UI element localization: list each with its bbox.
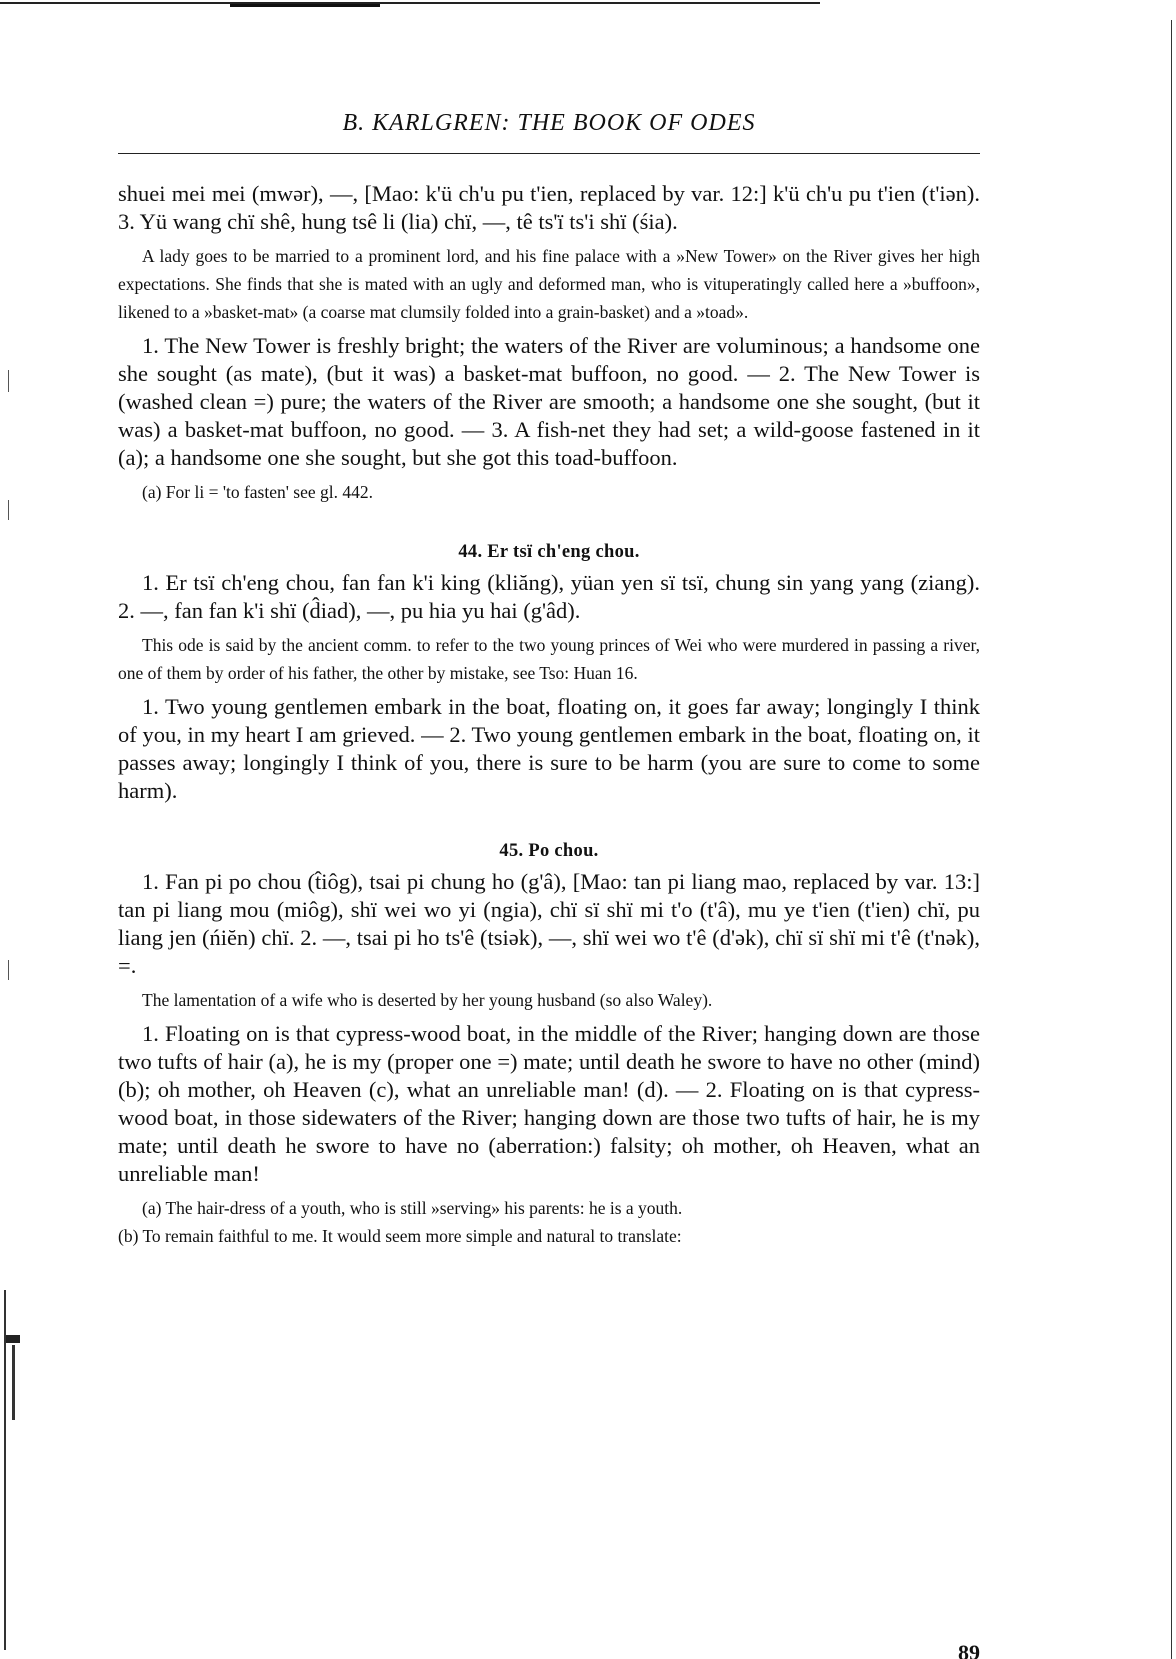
transcription: shuei mei mei (mwər), —, [Mao: k'ü ch'u … [118,180,980,236]
ode-44: 44. Er tsï ch'eng chou. 1. Er tsï ch'eng… [118,542,980,805]
ode-heading: 44. Er tsï ch'eng chou. [118,542,980,563]
scan-border-mark [230,4,380,7]
commentary: A lady goes to be married to a prominent… [118,242,980,326]
footnote: (a) The hair-dress of a youth, who is st… [118,1194,980,1222]
running-head: B. KARLGREN: THE BOOK OF ODES [118,110,980,137]
scan-border-left [4,1290,6,1650]
translation: 1. The New Tower is freshly bright; the … [118,332,980,472]
scan-border-top [0,2,820,4]
transcription: 1. Fan pi po chou (t̂iôg), tsai pi chung… [118,868,980,980]
page-body: shuei mei mei (mwər), —, [Mao: k'ü ch'u … [118,180,980,1250]
footnote: (b) To remain faithful to me. It would s… [118,1222,980,1250]
scan-artifact [8,500,9,520]
header-rule [118,153,980,154]
scan-artifact [8,370,9,392]
footnote: (a) For li = 'to fasten' see gl. 442. [118,478,980,506]
ode-43-continuation: shuei mei mei (mwər), —, [Mao: k'ü ch'u … [118,180,980,506]
commentary: The lamentation of a wife who is deserte… [118,986,980,1014]
scan-artifact [6,1335,20,1343]
commentary: This ode is said by the ancient comm. to… [118,631,980,687]
translation: 1. Two young gentlemen embark in the boa… [118,693,980,805]
translation: 1. Floating on is that cypress-wood boat… [118,1020,980,1188]
ode-45: 45. Po chou. 1. Fan pi po chou (t̂iôg), … [118,841,980,1250]
page-number: 89 [958,1640,980,1659]
scan-border-right [1171,20,1172,1659]
ode-heading: 45. Po chou. [118,841,980,862]
scan-artifact [12,1345,15,1420]
scan-artifact [8,960,9,980]
transcription: 1. Er tsï ch'eng chou, fan fan k'i king … [118,569,980,625]
